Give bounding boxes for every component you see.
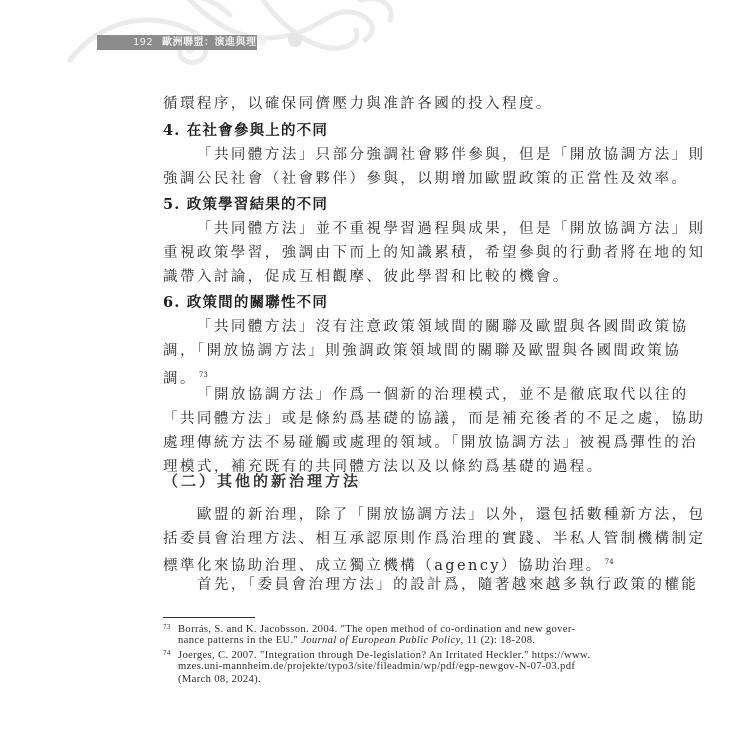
- paragraph-line: 「共同體方法」或是條約爲基礎的協議，而是補充後者的不足之處，協助: [163, 410, 705, 428]
- footnote-74-date: (March 08, 2024).: [178, 673, 261, 686]
- line-text: 標準化來協助治理、成立獨立機構（agency）協助治理。: [163, 558, 603, 574]
- subheading-4: 4. 在社會參與上的不同: [163, 122, 328, 140]
- journal-title: Journal of European Public Policy: [301, 635, 460, 646]
- footnote-ref-73[interactable]: 73: [199, 371, 208, 379]
- footnote-text: nance patterns in the EU.": [178, 635, 301, 646]
- subheading-6: 6. 政策間的關聯性不同: [163, 294, 328, 312]
- paragraph-line: 重視政策學習，強調由下而上的知識累積，希望參與的行動者將在地的知: [163, 244, 705, 262]
- footnote-number: 73: [163, 621, 178, 634]
- subheading-5: 5. 政策學習結果的不同: [163, 196, 328, 214]
- paragraph-line: 處理傳統方法不易碰觸或處理的領域。「開放協調方法」被視爲彈性的治: [163, 434, 698, 452]
- footnote-73-cont: nance patterns in the EU." Journal of Eu…: [178, 634, 535, 647]
- footnote-ref-74[interactable]: 74: [605, 558, 614, 566]
- running-head: 192 歐洲聯盟：演進與理論: [97, 35, 257, 50]
- section-heading: （二）其他的新治理方法: [163, 472, 361, 490]
- paragraph-line: 「共同體方法」沒有注意政策領域間的關聯及歐盟與各國間政策協: [197, 318, 689, 336]
- paragraph-line: 循環程序，以確保同儕壓力與准許各國的投入程度。: [163, 95, 553, 113]
- paragraph-line: 調。73: [163, 366, 208, 388]
- line-text: 調。: [163, 371, 197, 387]
- paragraph-line: 「共同體方法」並不重視學習過程與成果，但是「開放協調方法」則: [197, 220, 706, 238]
- footnote-number: 74: [163, 647, 178, 660]
- footnote-text: , 11 (2): 18-208.: [461, 635, 536, 646]
- footnote-separator: [163, 617, 255, 618]
- paragraph-line: 識帶入討論，促成互相觀摩、彼此學習和比較的機會。: [163, 268, 570, 286]
- paragraph-line: 首先，「委員會治理方法」的設計爲，隨著越來越多執行政策的權能: [197, 576, 698, 594]
- page-number: 192: [133, 35, 153, 50]
- paragraph-line: 調，「開放協調方法」則強調政策領域間的關聯及歐盟與各國間政策協: [163, 342, 681, 360]
- paragraph-line: 標準化來協助治理、成立獨立機構（agency）協助治理。74: [163, 553, 614, 575]
- paragraph-line: 括委員會治理方法、相互承認原則作爲治理的實踐、半私人管制機構制定: [163, 530, 705, 548]
- paragraph-line: 「共同體方法」只部分強調社會夥伴參與，但是「開放協調方法」則: [197, 146, 706, 164]
- paragraph-line: 「開放協調方法」作爲一個新的治理模式，並不是徹底取代以往的: [197, 386, 689, 404]
- paragraph-line: 強調公民社會（社會夥伴）參與，以期增加歐盟政策的正當性及效率。: [163, 170, 688, 188]
- book-title: 歐洲聯盟：演進與理論: [162, 35, 267, 50]
- paragraph-line: 歐盟的新治理，除了「開放協調方法」以外，還包括數種新方法，包: [197, 506, 706, 524]
- footnote-74-url[interactable]: mzes.uni-mannheim.de/projekte/typo3/site…: [178, 660, 575, 673]
